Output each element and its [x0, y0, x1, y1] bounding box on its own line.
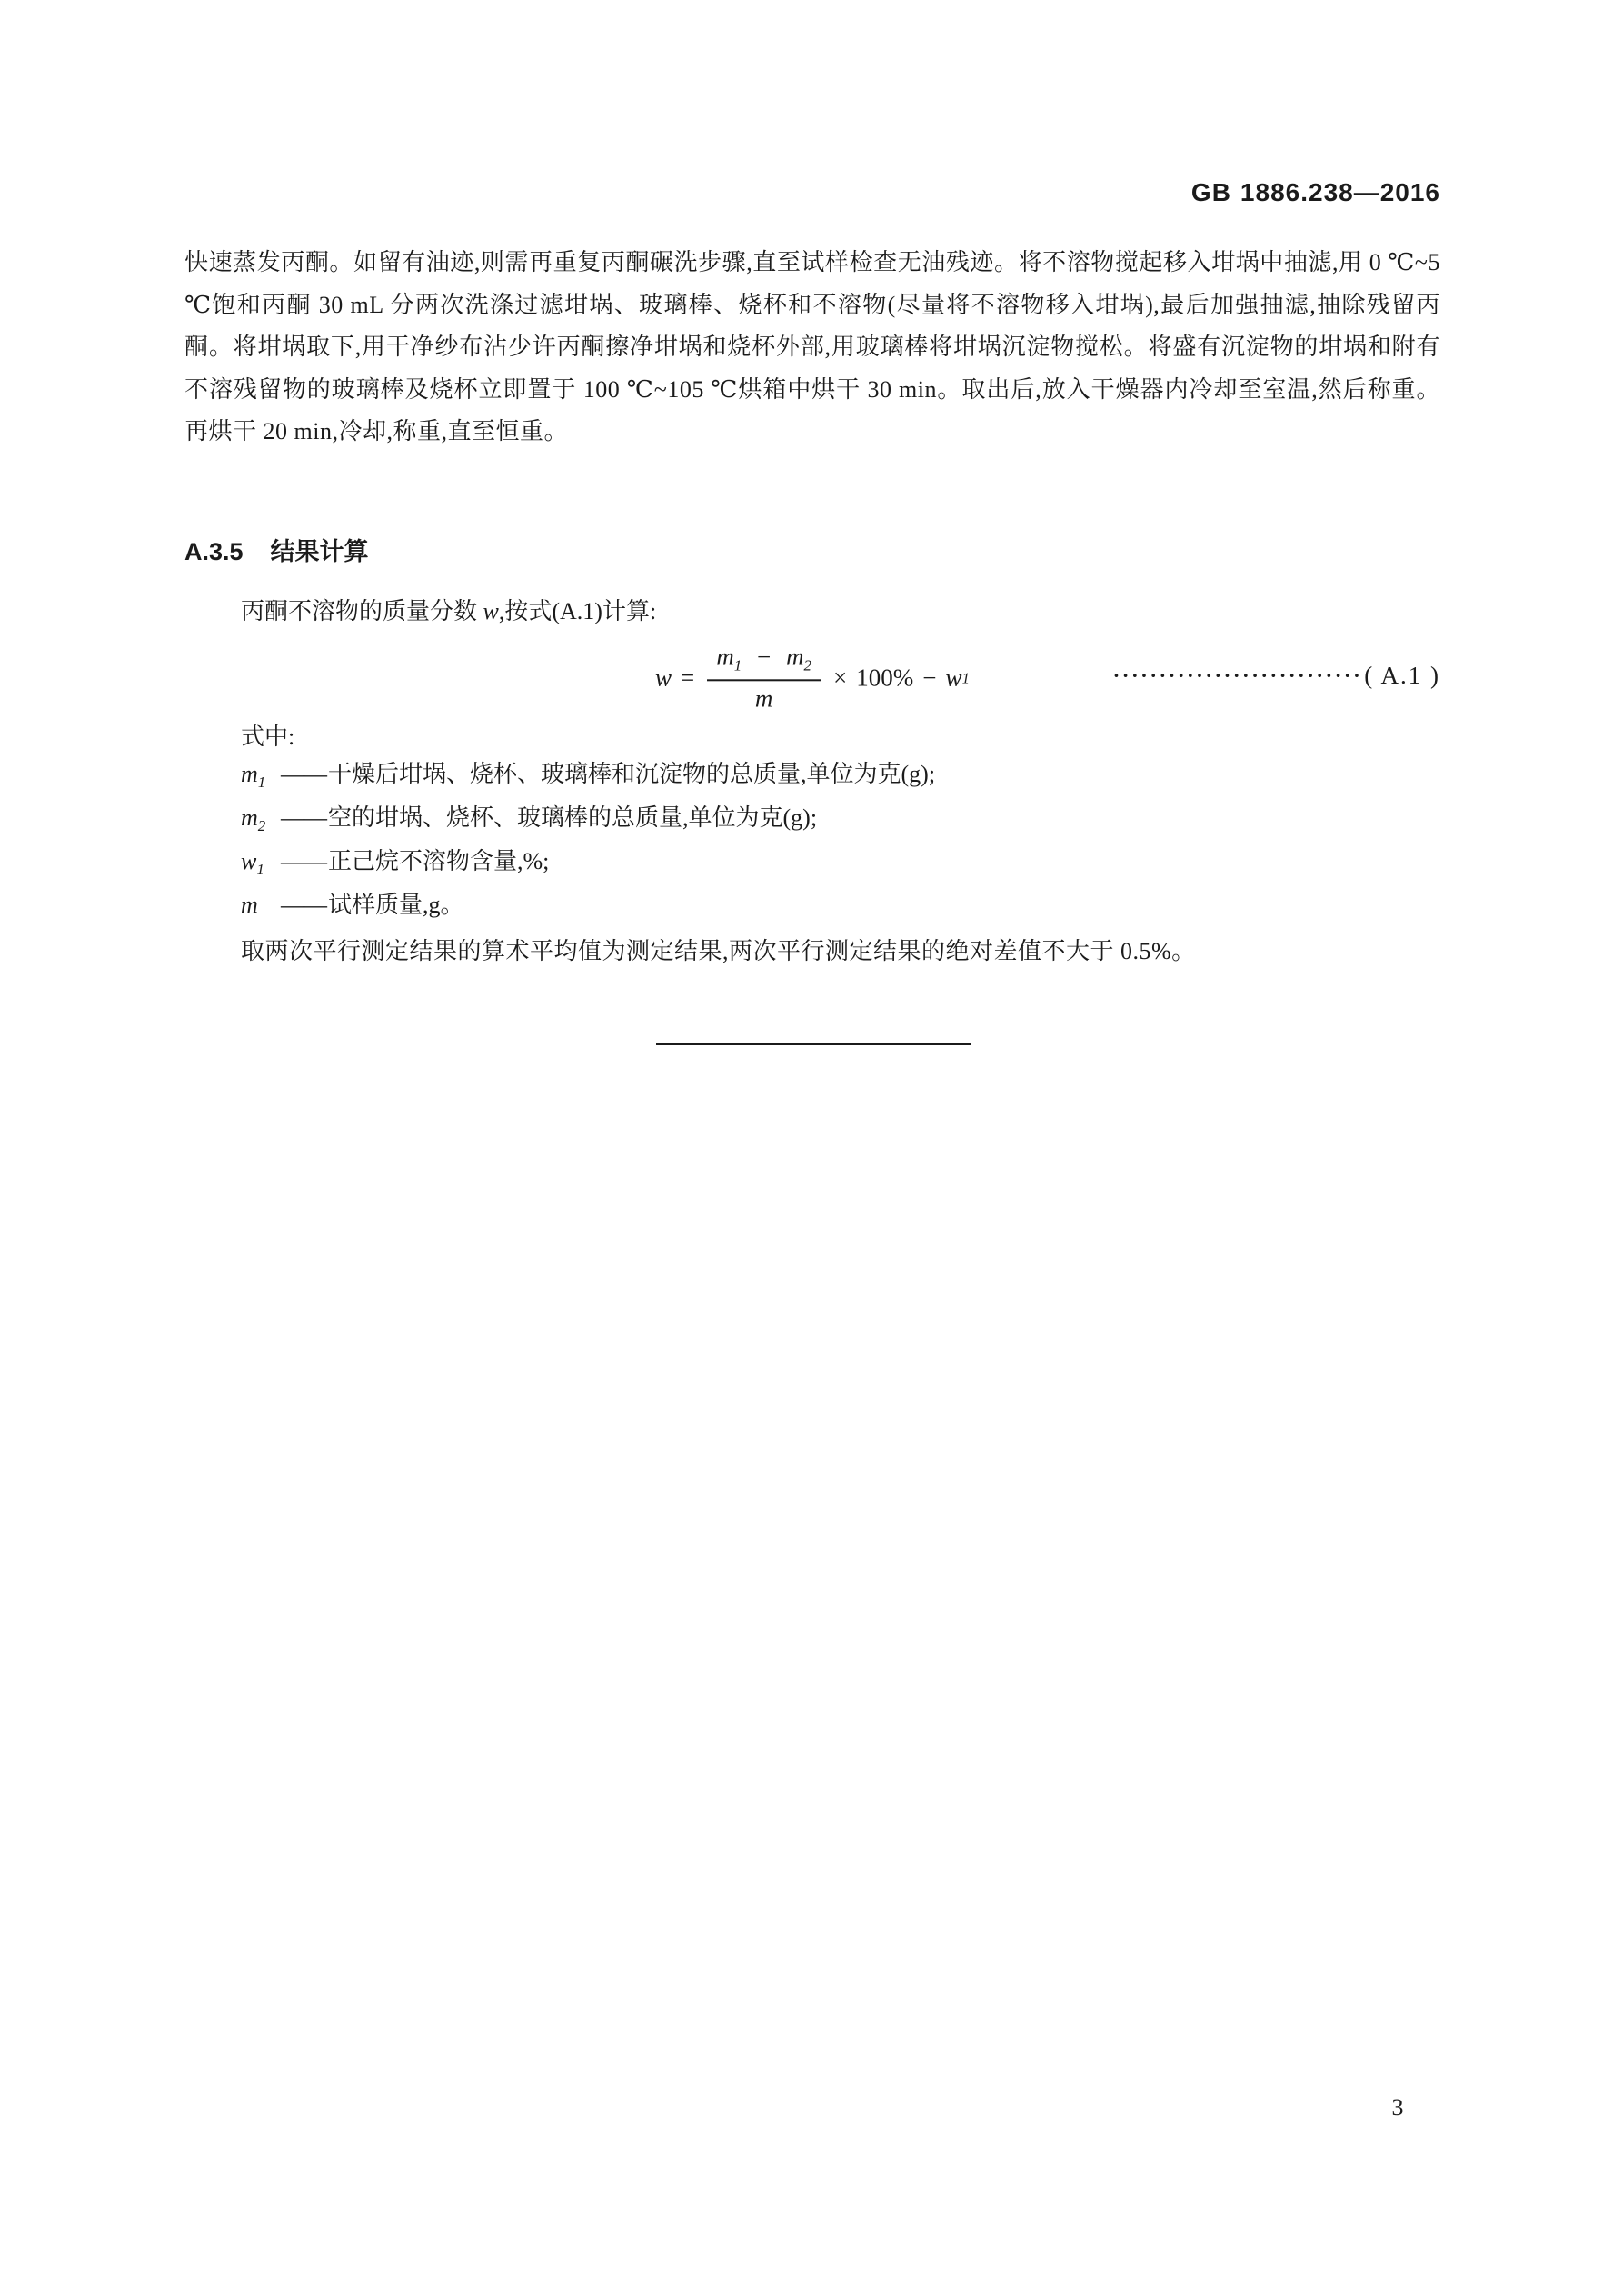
- variable-w: w: [483, 598, 499, 624]
- standard-prefix: GB: [1191, 178, 1231, 206]
- definition-text: 正己烷不溶物含量,%;: [328, 840, 549, 883]
- definition-row-m2: m2 —— 空的坩埚、烧杯、玻璃棒的总质量,单位为克(g);: [241, 796, 1440, 840]
- fraction-numerator: m1 − m2: [707, 643, 821, 681]
- minus-sign: −: [757, 643, 771, 670]
- variable-m1: m: [716, 643, 734, 670]
- formula-intro: 丙酮不溶物的质量分数 w,按式(A.1)计算:: [241, 593, 656, 626]
- equals-sign: =: [681, 664, 694, 692]
- section-heading: A.3.5结果计算: [184, 532, 369, 567]
- symbol-definitions: m1 —— 干燥后坩埚、烧杯、玻璃棒和沉淀物的总质量,单位为克(g); m2 —…: [241, 753, 1440, 927]
- multiply-sign: ×: [833, 664, 847, 692]
- closing-paragraph: 取两次平行测定结果的算术平均值为测定结果,两次平行测定结果的绝对差值不大于 0.…: [241, 931, 1440, 973]
- equation-label: ··························· ( A.1 ): [1113, 662, 1440, 690]
- end-of-document-rule: [656, 1043, 971, 1045]
- fraction: m1 − m2 m: [707, 643, 821, 713]
- section-title: 结果计算: [271, 538, 369, 565]
- subscript-1: 1: [734, 657, 742, 674]
- definition-symbol: m: [241, 883, 281, 935]
- definition-dash: ——: [281, 883, 326, 927]
- formula-block: w = m1 − m2 m × 100% − w1 ··············…: [184, 634, 1440, 722]
- subscript-w1: 1: [961, 669, 970, 687]
- procedure-paragraph: 快速蒸发丙酮。如留有油迹,则需再重复丙酮碾洗步骤,直至试样检查无油残迹。将不溶物…: [184, 242, 1440, 454]
- formula-intro-post: ,按式(A.1)计算:: [499, 598, 656, 624]
- definition-text: 试样质量,g。: [328, 883, 464, 927]
- fraction-denominator: m: [755, 682, 773, 714]
- minus-sign-2: −: [922, 664, 936, 692]
- hundred-percent: 100%: [856, 664, 913, 692]
- page-header: GB1886.238—2016: [184, 178, 1440, 207]
- subscript-2: 2: [804, 657, 812, 674]
- document-page: GB1886.238—2016 快速蒸发丙酮。如留有油迹,则需再重复丙酮碾洗步骤…: [0, 0, 1623, 2296]
- definition-dash: ——: [281, 753, 326, 796]
- page-number: 3: [1372, 2094, 1423, 2121]
- definition-text: 干燥后坩埚、烧杯、玻璃棒和沉淀物的总质量,单位为克(g);: [328, 753, 935, 796]
- definition-dash: ——: [281, 796, 326, 840]
- variable-m2: m: [786, 643, 804, 670]
- equation-number: ( A.1 ): [1364, 662, 1440, 690]
- definition-row-m1: m1 —— 干燥后坩埚、烧杯、玻璃棒和沉淀物的总质量,单位为克(g);: [241, 753, 1440, 796]
- section-number: A.3.5: [184, 538, 244, 565]
- standard-number: 1886.238—2016: [1240, 178, 1440, 206]
- definition-row-m: m —— 试样质量,g。: [241, 883, 1440, 927]
- definition-row-w1: w1 —— 正己烷不溶物含量,%;: [241, 840, 1440, 883]
- definition-dash: ——: [281, 840, 326, 883]
- equation: w = m1 − m2 m × 100% − w1: [655, 643, 970, 713]
- where-label: 式中:: [241, 718, 294, 752]
- definition-text: 空的坩埚、烧杯、玻璃棒的总质量,单位为克(g);: [328, 796, 817, 840]
- equation-lhs: w: [655, 664, 672, 692]
- variable-w1: w: [945, 664, 961, 692]
- formula-intro-pre: 丙酮不溶物的质量分数: [241, 598, 483, 624]
- dot-leader: ···························: [1113, 664, 1363, 688]
